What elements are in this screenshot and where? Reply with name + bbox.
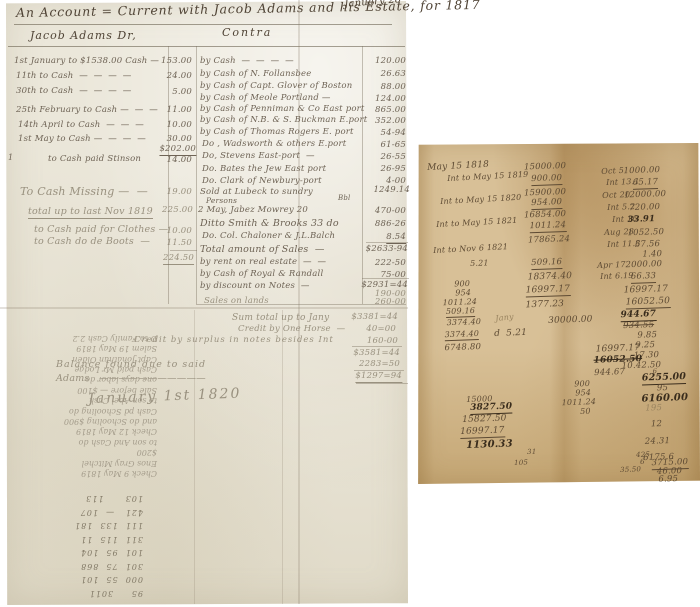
handwritten-line-inverted: Cash paid Mr Lodge xyxy=(2,364,157,374)
handwritten-line: 1.40 xyxy=(642,250,662,259)
ledger-rule-line xyxy=(14,24,392,25)
handwritten-line: by Cash of N.B. & S. Buckman E.port xyxy=(200,116,367,125)
handwritten-line: 352.00 xyxy=(375,117,406,126)
handwritten-line: 1st May to Cash — — — — xyxy=(18,135,146,144)
handwritten-line: by rent on real estate — — xyxy=(200,258,326,267)
handwritten-line: 5.00 xyxy=(172,88,192,97)
handwritten-line: Bbl xyxy=(338,195,350,202)
handwritten-line: 6748.80 xyxy=(444,343,481,353)
handwritten-line: 954.00 xyxy=(531,198,562,210)
handwritten-line: Do , Wadsworth & others E.port xyxy=(202,140,346,149)
verso-inverted-writing: Check 9 May 1819Enos Gray Mitchel$200to … xyxy=(2,330,157,478)
handwritten-line-inverted: Capt Jonathan Olden xyxy=(2,353,157,363)
handwritten-line: 225.00 xyxy=(162,206,193,215)
handwritten-line: 30000.00 xyxy=(548,315,593,326)
handwritten-line: 26-55 xyxy=(380,153,406,162)
handwritten-line: 10.00 xyxy=(167,121,192,130)
ledger-rule-line xyxy=(362,278,409,279)
handwritten-line: 6.95 xyxy=(658,475,678,484)
ledger-rule-line xyxy=(196,304,406,305)
ledger-rule-line xyxy=(170,250,197,251)
handwritten-line: 1011.24 xyxy=(529,221,566,233)
handwritten-line: 61-65 xyxy=(380,141,406,150)
handwritten-line: 16052.50 xyxy=(593,355,642,366)
handwritten-line: 14th April to Cash — — — xyxy=(18,121,144,130)
paper-crease xyxy=(282,310,283,604)
handwritten-line: 12 xyxy=(651,420,663,429)
handwritten-line-inverted: Check 9 May 1819 xyxy=(2,468,157,478)
handwritten-line: to Cash paid Stinson xyxy=(48,155,141,164)
handwritten-line: 900.00 xyxy=(531,174,562,186)
handwritten-line: 24.00 xyxy=(167,72,192,81)
ledger-rule-line xyxy=(362,46,363,304)
handwritten-line: 886-26 xyxy=(375,220,406,229)
handwritten-line: 934.55 xyxy=(623,321,654,331)
handwritten-line: 120.00 xyxy=(375,57,406,66)
handwritten-line-inverted: 301 75 868 xyxy=(8,560,143,574)
handwritten-line: total up to last Nov 1819 xyxy=(28,207,153,219)
handwritten-line: 17865.24 xyxy=(528,235,570,245)
handwritten-line-inverted: Salem 19 May 1819 xyxy=(2,343,157,353)
handwritten-line: 26.63 xyxy=(381,70,406,79)
handwritten-line: 31 xyxy=(527,449,537,456)
handwritten-line-inverted: Enos Gray Mitchel xyxy=(2,457,157,467)
handwritten-line: 11th to Cash — — — — xyxy=(16,72,131,81)
handwritten-line: 1052.50 xyxy=(627,228,664,238)
handwritten-line: 35.50 xyxy=(620,466,641,474)
handwritten-line: 88.00 xyxy=(381,83,406,92)
handwritten-line-inverted: D to Family Cash 2.2 xyxy=(2,332,157,342)
handwritten-line-inverted: to son Abel Cash xyxy=(2,395,157,405)
handwritten-line: 1011.24 xyxy=(562,398,597,407)
handwritten-line: 16997.17 xyxy=(595,344,640,355)
handwritten-line: 1130.33 xyxy=(466,439,513,451)
handwritten-line: Total amount of Sales — xyxy=(200,245,325,255)
handwritten-line: Int 6.19 xyxy=(600,272,634,281)
handwritten-line: 2 May, Jabez Mowrey 20 xyxy=(198,206,308,215)
handwritten-line-inverted: to son And Cash do xyxy=(2,436,157,446)
handwritten-line: 2283=50 xyxy=(359,360,400,369)
verso-inverted-figures: 95 3011000 55 101301 75 868101 95 104311… xyxy=(8,488,143,600)
paper-crease xyxy=(194,310,195,604)
handwritten-line: Do. Clark of Newbury-port xyxy=(202,177,322,186)
handwritten-line: $2633-94 xyxy=(366,245,408,254)
handwritten-line: 470-00 xyxy=(375,207,406,216)
handwritten-line: 25th February to Cash — — — xyxy=(16,106,158,115)
handwritten-line-inverted: 101 95 104 xyxy=(8,546,143,560)
handwritten-line: 16854.00 xyxy=(524,210,566,220)
handwritten-line: $1297=94 xyxy=(355,372,402,383)
handwritten-line: to Cash do de Boots — xyxy=(34,237,150,247)
ledger-rule-line xyxy=(168,46,169,304)
handwritten-line: Do. Bates the Jew East port xyxy=(202,165,326,174)
handwritten-line: Ditto Smith & Brooks 33 do xyxy=(200,219,339,229)
handwritten-line: Sum total up to Jany xyxy=(232,314,329,323)
handwritten-line: 18374.40 xyxy=(527,272,572,283)
paper-crease xyxy=(298,0,300,604)
handwritten-line: Apr 17 xyxy=(597,261,626,270)
handwritten-line: 1000.00 xyxy=(623,166,660,176)
handwritten-line: 124.00 xyxy=(375,95,406,104)
handwritten-line: by Cash of Meole Portland — xyxy=(200,94,331,103)
ledger-rule-line xyxy=(354,370,404,371)
handwritten-line: 509.16 xyxy=(531,258,562,270)
handwritten-line-inverted: Cash pd Schooling do xyxy=(2,405,157,415)
handwritten-line: by Cash of Royal & Randall xyxy=(200,270,323,279)
handwritten-line: 16997.17 xyxy=(623,285,668,296)
handwritten-line: 16997.17 xyxy=(525,285,570,298)
handwritten-line: 57.56 xyxy=(635,240,661,249)
handwritten-line: 66.33 xyxy=(631,272,657,283)
handwritten-line: Credit by surplus in notes besides Int xyxy=(134,336,334,345)
handwritten-line: 14.00 xyxy=(167,156,192,165)
handwritten-line: 720.00 xyxy=(629,203,660,213)
handwritten-line: 222-50 xyxy=(375,259,406,268)
handwritten-line: 50 xyxy=(580,408,591,416)
handwritten-line-inverted: $200 xyxy=(2,447,157,457)
handwritten-line: 3374.40 xyxy=(447,318,482,327)
handwritten-line: Jacob Adams Dr, xyxy=(30,30,137,41)
handwritten-line-inverted: 000 55 101 xyxy=(8,573,143,587)
handwritten-line: 33.91 xyxy=(627,215,655,224)
handwritten-line: 160-00 xyxy=(367,337,398,346)
handwritten-line: 3374.40 xyxy=(445,330,480,341)
handwritten-line: by Cash of N. Follansbee xyxy=(200,70,312,79)
handwritten-line: 95 xyxy=(657,384,669,393)
handwritten-line: 260-00 xyxy=(375,298,406,307)
handwritten-line: 40=00 xyxy=(366,325,396,334)
handwritten-line: 15000.00 xyxy=(524,162,566,172)
handwritten-line: by Cash of Capt. Glover of Boston xyxy=(200,82,352,91)
handwritten-line-inverted: Check 12 May 1819 xyxy=(2,426,157,436)
handwritten-line-inverted: 103 113 xyxy=(8,492,143,506)
handwritten-line: 30.00 xyxy=(167,135,192,144)
ledger-rule-line xyxy=(8,46,405,47)
handwritten-line: by discount on Notes — xyxy=(200,282,310,291)
handwritten-line: 153.00 xyxy=(161,57,192,66)
handwritten-line: $3381=44 xyxy=(351,313,398,322)
handwritten-line-inverted: 95 3011 xyxy=(8,587,143,601)
ledger-rule-line xyxy=(352,346,402,347)
handwritten-line: 11.50 xyxy=(167,239,192,248)
handwritten-line-inverted: 111 133 181 xyxy=(8,519,143,533)
handwritten-line: Persons xyxy=(206,197,237,205)
handwritten-line: 65.17 xyxy=(633,178,659,189)
handwritten-line: 944.67 xyxy=(594,368,625,378)
handwritten-line: $202.00 xyxy=(159,145,196,156)
handwritten-line: 10.00 xyxy=(167,227,192,236)
handwritten-line: 5.21 xyxy=(470,259,489,268)
handwritten-line: 11.00 xyxy=(167,106,192,115)
handwritten-line: To Cash Missing — — xyxy=(20,186,148,197)
handwritten-line: 9.85 xyxy=(637,331,657,340)
handwritten-line: 30th to Cash — — — — xyxy=(16,87,131,96)
ledger-rule-line xyxy=(196,46,197,304)
handwritten-line: Contra xyxy=(222,27,272,38)
handwritten-line: $3581=44 xyxy=(353,349,400,358)
ledger-rule-line xyxy=(366,242,408,243)
handwritten-line: 195 xyxy=(645,404,662,413)
ledger-rule-line xyxy=(356,383,408,384)
handwritten-line-inverted: 421 — 107 xyxy=(8,506,143,520)
handwritten-line: 865.00 xyxy=(375,106,406,115)
handwritten-line: 26-95 xyxy=(380,165,406,174)
handwritten-line: 1st January to $1538.00 Cash — xyxy=(14,57,159,66)
handwritten-line: 16052.50 xyxy=(625,297,670,310)
handwritten-line: Credit by One Horse — xyxy=(238,325,345,334)
handwritten-line: 24.31 xyxy=(645,437,671,446)
handwritten-line: 1377.23 xyxy=(525,300,564,310)
handwritten-line: 19.00 xyxy=(167,188,192,197)
handwritten-line: 2000.00 xyxy=(625,260,662,270)
handwritten-line: 12000.00 xyxy=(624,190,666,200)
handwritten-line: d 5.21 xyxy=(494,329,527,339)
handwritten-line-inverted: 311 115 11 xyxy=(8,533,143,547)
handwritten-line: 54-94 xyxy=(380,129,406,138)
handwritten-line: Oct 5 xyxy=(601,167,624,176)
handwritten-line: by Cash of Penniman & Co East port xyxy=(200,105,365,114)
scanned-document: January 28An Account = Current with Jaco… xyxy=(0,0,700,607)
handwritten-line: 1249.14 xyxy=(373,186,410,195)
paper-crease xyxy=(0,307,408,309)
handwritten-line: by Cash — — — — xyxy=(200,57,294,66)
handwritten-line: 105 xyxy=(514,460,528,467)
handwritten-line: 16997.17 xyxy=(460,426,505,439)
handwritten-line-inverted: Sale before — $100 xyxy=(2,384,157,394)
handwritten-line: 15827.50 xyxy=(462,414,507,425)
handwritten-line: by Cash of Thomas Rogers E. port xyxy=(200,128,354,137)
handwritten-line: to Cash paid for Clothes — xyxy=(34,225,168,235)
handwritten-line-inverted: one days labor do xyxy=(2,374,157,384)
handwritten-line: 1 xyxy=(8,154,13,162)
handwritten-line: Do. Col. Chaloner & J.L.Balch xyxy=(202,232,335,241)
handwritten-line-inverted: and do Schooling $900 xyxy=(2,416,157,426)
